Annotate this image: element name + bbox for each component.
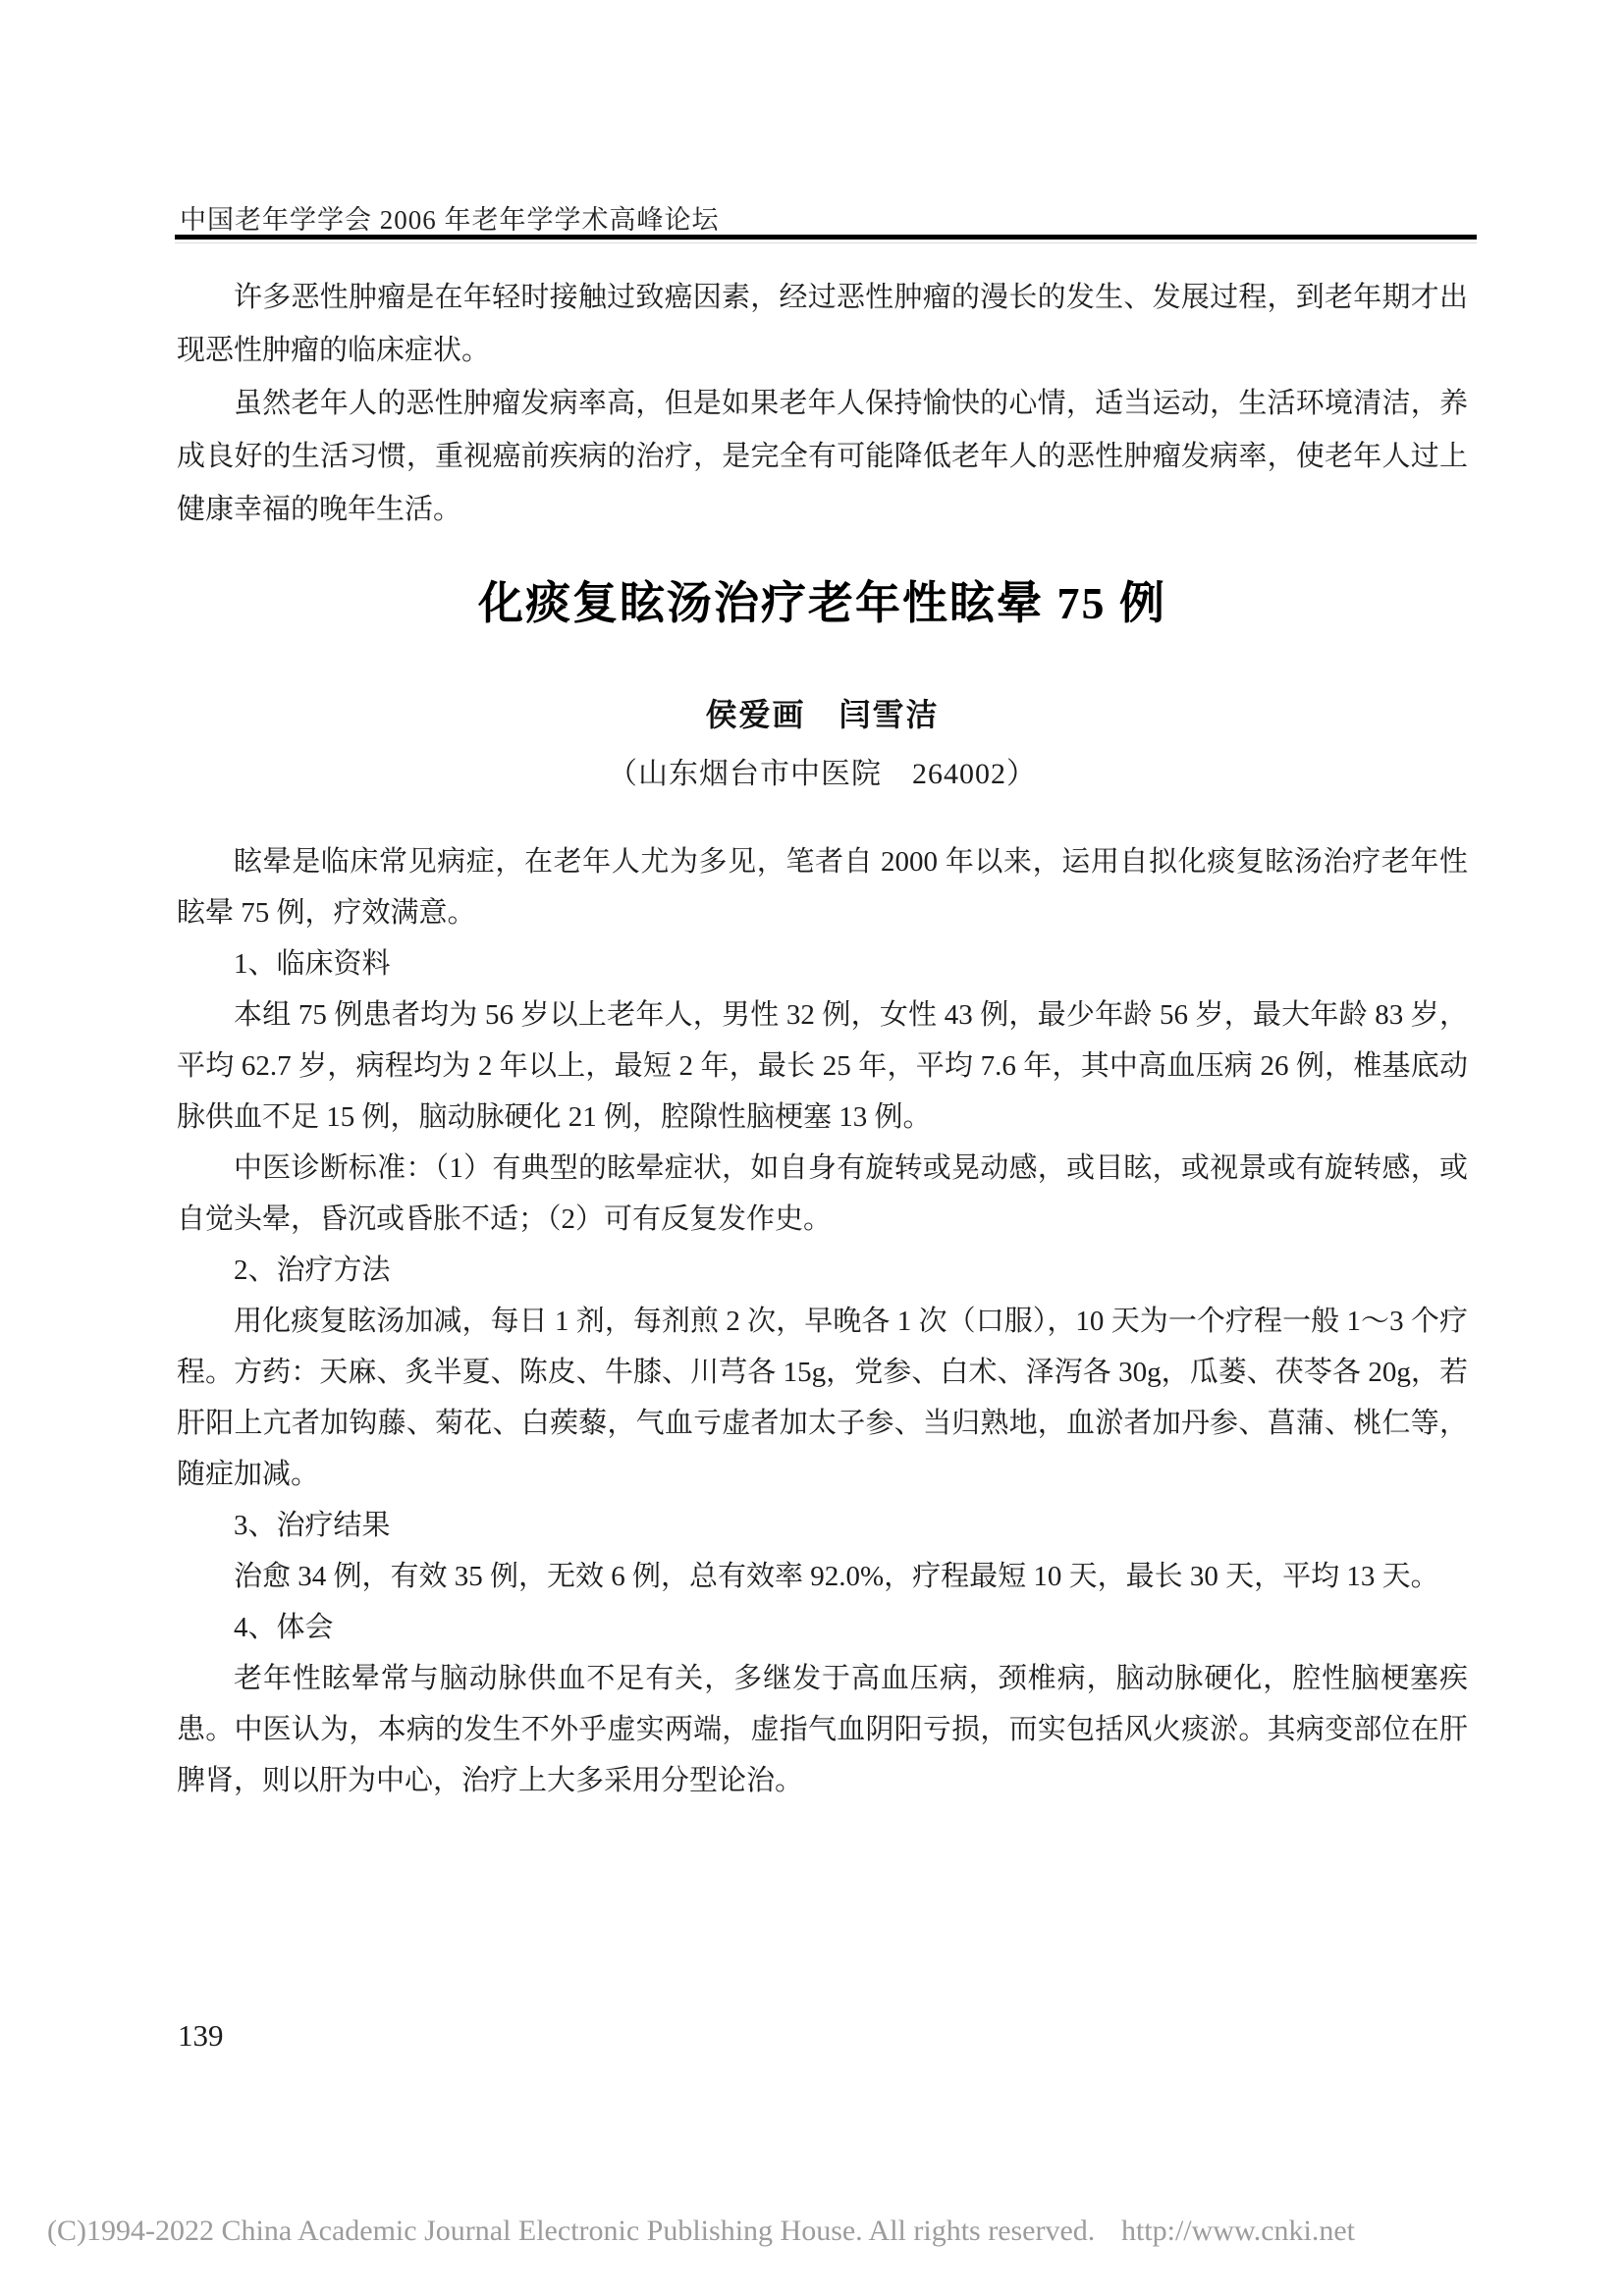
page-footer: (C)1994-2022 China Academic Journal Elec… <box>47 2215 1355 2248</box>
article-title: 化痰复眩汤治疗老年性眩晕 75 例 <box>177 567 1468 632</box>
intro-paragraph: 许多恶性肿瘤是在年轻时接触过致癌因素，经过恶性肿瘤的漫长的发生、发展过程，到老年… <box>177 271 1468 377</box>
article-authors: 侯爱画 闫雪洁 <box>177 690 1468 735</box>
body-paragraph: 用化痰复眩汤加减，每日 1 剂，每剂煎 2 次，早晚各 1 次（口服），10 天… <box>177 1296 1468 1500</box>
conference-header: 中国老年学学会 2006 年老年学学术高峰论坛 <box>180 198 720 237</box>
section-heading: 3、治疗结果 <box>177 1500 1468 1551</box>
body-paragraph: 本组 75 例患者均为 56 岁以上老年人，男性 32 例，女性 43 例，最少… <box>177 989 1468 1143</box>
header-divider-line <box>175 235 1477 240</box>
article-affiliation: （山东烟台市中医院 264002） <box>177 749 1468 792</box>
page-number: 139 <box>178 2018 224 2054</box>
body-paragraph: 老年性眩晕常与脑动脉供血不足有关，多继发于高血压病，颈椎病，脑动脉硬化，腔性脑梗… <box>177 1653 1468 1806</box>
section-heading: 1、临床资料 <box>177 938 1468 989</box>
body-paragraph: 治愈 34 例，有效 35 例，无效 6 例，总有效率 92.0%，疗程最短 1… <box>177 1551 1468 1602</box>
document-page: 中国老年学学会 2006 年老年学学术高峰论坛 许多恶性肿瘤是在年轻时接触过致癌… <box>0 0 1623 2296</box>
body-paragraph: 中医诊断标准：（1）有典型的眩晕症状，如自身有旋转或晃动感，或目眩，或视景或有旋… <box>177 1143 1468 1245</box>
copyright-text: (C)1994-2022 China Academic Journal Elec… <box>47 2215 1095 2248</box>
intro-paragraph: 虽然老年人的恶性肿瘤发病率高，但是如果老年人保持愉快的心情，适当运动，生活环境清… <box>177 377 1468 536</box>
intro-section: 许多恶性肿瘤是在年轻时接触过致癌因素，经过恶性肿瘤的漫长的发生、发展过程，到老年… <box>177 271 1468 536</box>
body-paragraph: 眩晕是临床常见病症，在老年人尤为多见，笔者自 2000 年以来，运用自拟化痰复眩… <box>177 836 1468 938</box>
section-heading: 2、治疗方法 <box>177 1245 1468 1296</box>
header-divider-shadow <box>175 242 1477 243</box>
footer-url: http://www.cnki.net <box>1121 2215 1355 2248</box>
section-heading: 4、体会 <box>177 1602 1468 1653</box>
article-body: 眩晕是临床常见病症，在老年人尤为多见，笔者自 2000 年以来，运用自拟化痰复眩… <box>177 836 1468 1806</box>
